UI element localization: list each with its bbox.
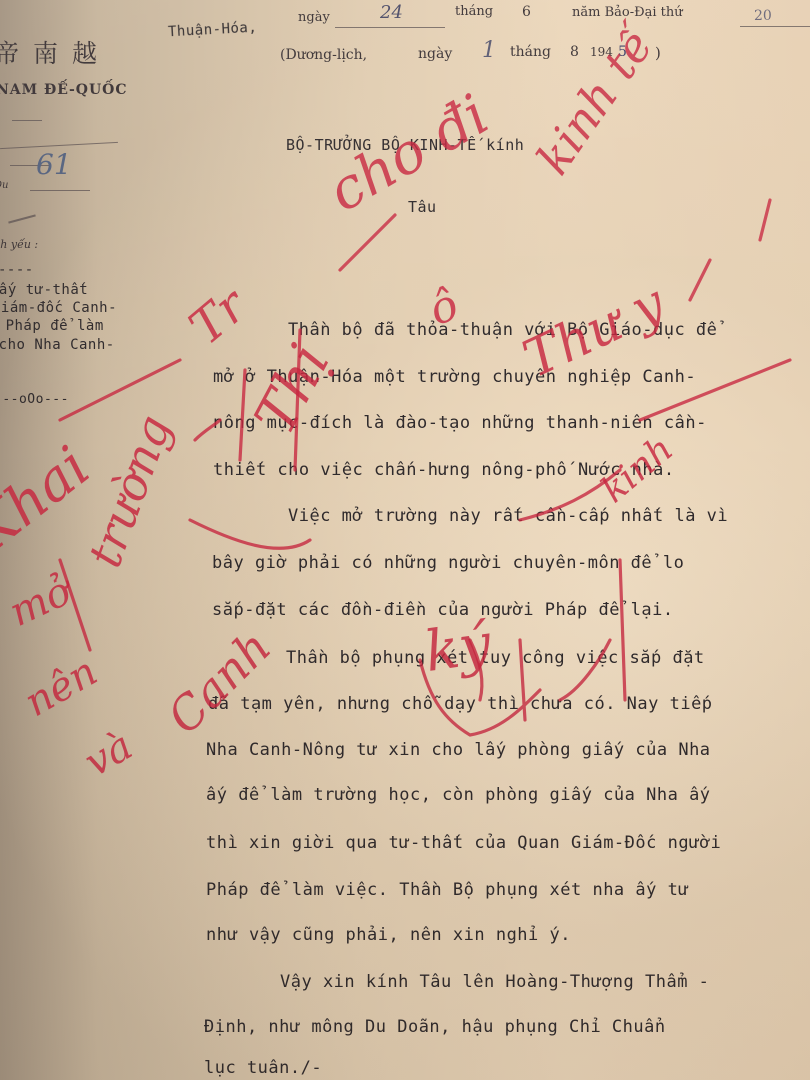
addressee: BỘ-TRƯỞNG BỘ KINH-TẾ kính bbox=[286, 136, 524, 154]
summary-divider-bottom: ---oOo--- bbox=[0, 392, 69, 407]
body-line: Thần bộ phụng xét tuy công việc sắp đặt bbox=[286, 648, 705, 668]
date-day-value: 24 bbox=[380, 2, 403, 23]
empire-title: NAM ĐẾ-QUỐC bbox=[0, 82, 128, 98]
header-rule-5 bbox=[8, 214, 36, 223]
annotation-word: nên bbox=[17, 649, 105, 726]
annotation-word: Canh bbox=[157, 620, 281, 744]
body-line: như vậy cũng phải, nên xin nghỉ ý. bbox=[206, 925, 571, 945]
date-year-rule bbox=[740, 26, 810, 27]
summary-divider-top: ---- bbox=[0, 262, 34, 278]
body-line: ấy để làm trường học, còn phòng giấy của… bbox=[206, 785, 711, 805]
body-line: mở ở Thuận-Hóa một trường chuyên nghiệp … bbox=[213, 367, 696, 387]
body-line: Định, như mông Du Doãn, hậu phụng Chỉ Ch… bbox=[204, 1017, 666, 1037]
body-line: thì xin giời qua tư-thất của Quan Giám-Đ… bbox=[206, 833, 721, 853]
gregorian-year-suffix: 5 bbox=[618, 44, 627, 60]
body-line: lục tuân./- bbox=[204, 1058, 322, 1078]
body-line: Vậy xin kính Tâu lên Hoàng-Thượng Thẩm - bbox=[280, 972, 709, 992]
date-year-label: năm Bảo-Đại thứ bbox=[572, 5, 683, 20]
date-place: Thuận-Hóa, bbox=[168, 20, 258, 41]
document-number: 61 bbox=[36, 148, 72, 181]
subject-label: Trích yếu : bbox=[0, 238, 38, 251]
document-page: 帝南越 NAM ĐẾ-QUỐC 61 Du Trích yếu : ---- l… bbox=[0, 0, 810, 1080]
summary-line-2: Giám-đốc Canh- bbox=[0, 300, 117, 316]
gregorian-month-value: 8 bbox=[570, 44, 579, 60]
body-line: sắp-đặt các đồn-điền của người Pháp để l… bbox=[212, 600, 674, 620]
header-rule-1 bbox=[12, 120, 42, 121]
date-month-value: 6 bbox=[522, 4, 531, 20]
gregorian-day-value: 1 bbox=[482, 38, 496, 63]
header-rule-4 bbox=[30, 190, 90, 191]
body-line: thiết cho việc chấn-hưng nông-phố Nước n… bbox=[213, 460, 675, 480]
red-annotation-layer: cho đi kinh tế Tr Thị ô Thư y Khai mở tr… bbox=[0, 0, 810, 1080]
annotation-word: Khai bbox=[0, 434, 102, 565]
date-day-label: ngày bbox=[298, 10, 330, 25]
body-line: Nha Canh-Nông tư xin cho lấy phòng giấy … bbox=[206, 740, 711, 760]
body-line: đã tạm yên, nhưng chỗ dạy thì chưa có. N… bbox=[208, 694, 713, 714]
summary-line-4: giấy cho Nha Canh- bbox=[0, 337, 115, 353]
body-line: nông mục-đích là đào-tạo những thanh-niê… bbox=[213, 413, 707, 433]
salutation: Tâu bbox=[408, 198, 437, 216]
summary-line-3: người Pháp để làm bbox=[0, 318, 104, 334]
body-line: Thần bộ đã thỏa-thuận với Bộ Giáo-dục để bbox=[288, 320, 717, 340]
body-line: Pháp để làm việc. Thần Bộ phụng xét nha … bbox=[206, 880, 689, 900]
date-day-rule bbox=[335, 27, 445, 28]
summary-line-1: lấy tư-thất bbox=[0, 282, 88, 298]
chinese-header: 帝南越 bbox=[0, 34, 111, 70]
gregorian-close: ) bbox=[655, 44, 661, 62]
red-pen-strokes-icon bbox=[0, 0, 810, 1080]
annotation-word: và bbox=[77, 723, 140, 786]
annotation-word: Tr bbox=[179, 278, 257, 356]
body-line: bây giờ phải có những người chuyên-môn đ… bbox=[212, 553, 684, 573]
gregorian-year-prefix: 194 bbox=[590, 45, 613, 59]
gregorian-day-label: ngày bbox=[418, 46, 452, 62]
annotation-word: trường bbox=[77, 408, 181, 574]
date-month-label: tháng bbox=[455, 4, 493, 19]
date-year-value: 20 bbox=[754, 8, 772, 24]
body-line: Việc mở trường này rất cần-cấp nhất là v… bbox=[288, 506, 728, 526]
gregorian-month-label: tháng bbox=[510, 44, 551, 60]
annotation-word: mở bbox=[3, 568, 79, 636]
gregorian-open: (Dương-lịch, bbox=[280, 47, 367, 63]
number-label: Du bbox=[0, 180, 8, 191]
